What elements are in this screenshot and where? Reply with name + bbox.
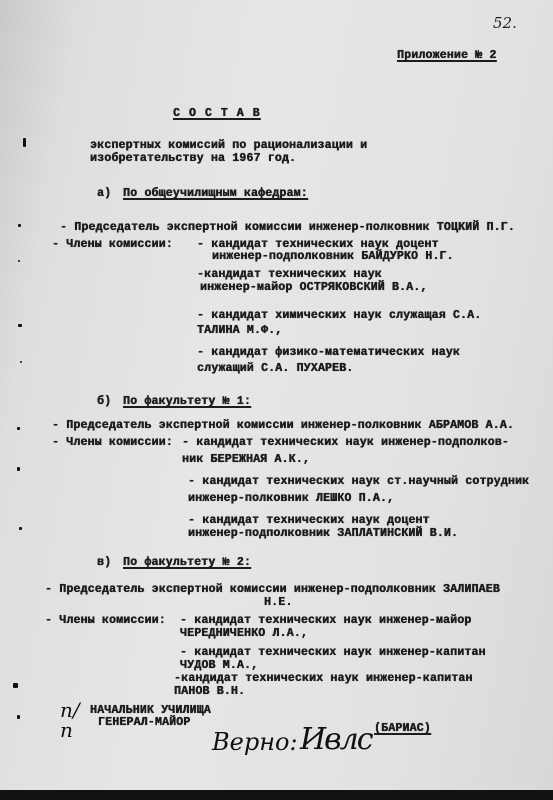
binding-mark	[17, 467, 20, 471]
member-4-line-2: служащий С.А. ПУХАРЕВ.	[197, 362, 353, 375]
subtitle-line-1: экспертных комиссий по рационализации и	[90, 139, 367, 152]
position-line-2: ГЕНЕРАЛ-МАЙОР	[98, 716, 190, 729]
members-label: - Члены комиссии:	[52, 238, 173, 251]
member-1-line-2: инженер-подполковник БАЙДУРКО Н.Г.	[212, 250, 454, 263]
member-3-line-1: - кандидат химических наук служащая С.А.	[197, 309, 481, 322]
signature: Ивлс	[300, 722, 372, 757]
chairman-initials: Н.Е.	[264, 596, 292, 609]
binding-mark	[13, 683, 18, 688]
section-heading: По общеучилищным кафедрам:	[123, 187, 308, 200]
member-1-line-1: - кандидат технических наук инженер-подп…	[182, 436, 509, 449]
member-3-line-2: ТАЛИНА М.Ф.,	[197, 324, 282, 337]
section-heading: По факультету № 2:	[123, 556, 251, 569]
binding-mark	[19, 527, 22, 530]
member-1-line-1: - кандидат технических наук инженер-майо…	[180, 614, 471, 627]
member-3-line-2: ПАНОВ В.Н.	[174, 685, 245, 698]
binding-mark	[18, 260, 20, 262]
document-page: 52. Приложение № 2 С О С Т А В экспертны…	[0, 0, 553, 790]
member-2-line-2: ЧУДОВ М.А.,	[180, 659, 258, 672]
handwritten-note: п/п	[60, 700, 86, 740]
member-3-line-2: инженер-подполковник ЗАПЛАТИНСКИЙ В.И.	[188, 527, 458, 540]
member-2-line-1: - кандидат технических наук ст.научный с…	[188, 475, 529, 488]
appendix-label: Приложение № 2	[397, 49, 497, 62]
binding-mark	[23, 138, 26, 147]
chairman-line: - Председатель экспертной комиссии инжен…	[60, 221, 515, 234]
signatory-name: (БАРИАС)	[374, 722, 431, 735]
member-2-line-1: -кандидат технических наук	[197, 268, 382, 281]
member-1-line-2: ник БЕРЕЖНАЯ А.К.,	[182, 453, 310, 466]
member-4-line-1: - кандидат физико-математических наук	[197, 346, 460, 359]
member-2-line-1: - кандидат технических наук инженер-капи…	[180, 646, 486, 659]
member-1-line-2: ЧЕРЕДНИЧЕНКО Л.А.,	[180, 627, 308, 640]
section-marker: а)	[97, 187, 111, 200]
section-heading: По факультету № 1:	[123, 395, 251, 408]
document-title: С О С Т А В	[173, 107, 261, 120]
member-2-line-2: инженер-полковник ЛЕШКО П.А.,	[188, 492, 394, 505]
section-marker: в)	[97, 556, 111, 569]
member-3-line-1: - кандидат технических наук доцент	[188, 514, 430, 527]
binding-mark	[17, 427, 20, 430]
member-3-line-1: -кандидат технических наук инженер-капит…	[174, 672, 473, 685]
page-number: 52.	[493, 14, 517, 32]
chairman-line: - Председатель экспертной комиссии инжен…	[45, 583, 500, 596]
binding-mark	[20, 361, 22, 363]
member-2-line-2: инженер-майор ОСТРЯКОВСКИЙ В.А.,	[200, 281, 427, 294]
chairman-line: - Председатель экспертной комиссии инжен…	[52, 419, 514, 432]
subtitle-line-2: изобретательству на 1967 год.	[90, 152, 296, 165]
members-label: - Члены комиссии:	[52, 436, 173, 449]
scan-edge	[0, 790, 553, 800]
members-label: - Члены комиссии:	[45, 614, 166, 627]
binding-mark	[18, 224, 21, 227]
section-marker: б)	[97, 395, 111, 408]
binding-mark	[18, 324, 22, 327]
certified-label: Верно:	[212, 728, 298, 756]
binding-mark	[17, 715, 20, 719]
